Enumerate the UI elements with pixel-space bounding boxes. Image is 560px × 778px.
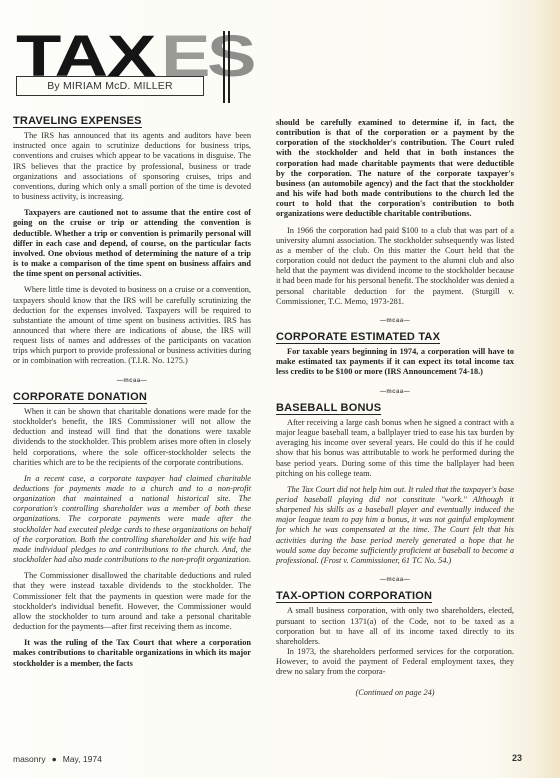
paragraph-bold: Taxpayers are cautioned not to assume th… [13,208,251,279]
issue-date: May, 1974 [63,754,102,764]
paragraph-bold-continued: should be carefully examined to determin… [276,118,514,220]
paragraph: In 1966 the corporation had paid $100 to… [276,226,514,307]
magazine-name: masonry [13,754,46,764]
byline: By MIRIAM McD. MILLER [16,76,204,96]
heading-traveling-expenses: TRAVELING EXPENSES [13,116,142,128]
paragraph: In 1973, the shareholders performed serv… [276,647,514,677]
paragraph: When it can be shown that charitable don… [13,407,251,468]
page-number: 23 [512,753,522,763]
magazine-page: TAX E S By MIRIAM McD. MILLER TRAVELING … [0,0,560,778]
paragraph: The IRS has announced that its agents an… [13,131,251,202]
dollar-sign-bar-icon [228,31,230,103]
heading-corporate-estimated-tax: CORPORATE ESTIMATED TAX [276,332,440,344]
masthead: TAX E S By MIRIAM McD. MILLER [13,28,263,106]
bullet-icon: ● [52,754,57,764]
paragraph: The Commissioner disallowed the charitab… [13,571,251,632]
section-separator: —mcaa— [276,387,514,397]
heading-tax-option-corporation: TAX-OPTION CORPORATION [276,591,432,603]
paragraph-bold: It was the ruling of the Tax Court that … [13,638,251,668]
right-column: should be carefully examined to determin… [276,118,514,698]
left-column: TRAVELING EXPENSES The IRS has announced… [13,116,251,669]
paragraph: A small business corporation, with only … [276,606,514,647]
title-taxes-s: S [207,28,257,86]
dollar-sign-bar-icon [223,31,225,103]
heading-baseball-bonus: BASEBALL BONUS [276,403,381,415]
footer-publication: masonry●May, 1974 [13,754,102,764]
paragraph: Where little time is devoted to business… [13,285,251,366]
section-separator: —mcaa— [276,316,514,326]
heading-corporate-donation: CORPORATE DONATION [13,392,147,404]
continued-note: (Continued on page 24) [276,688,514,698]
paragraph-italic: The Tax Court did not help him out. It r… [276,485,514,566]
paragraph-bold: For taxable years beginning in 1974, a c… [276,347,514,377]
paragraph: After receiving a large cash bonus when … [276,418,514,479]
paragraph-italic: In a recent case, a corporate taxpayer h… [13,474,251,565]
section-separator: —mcaa— [13,376,251,386]
section-separator: —mcaa— [276,575,514,585]
